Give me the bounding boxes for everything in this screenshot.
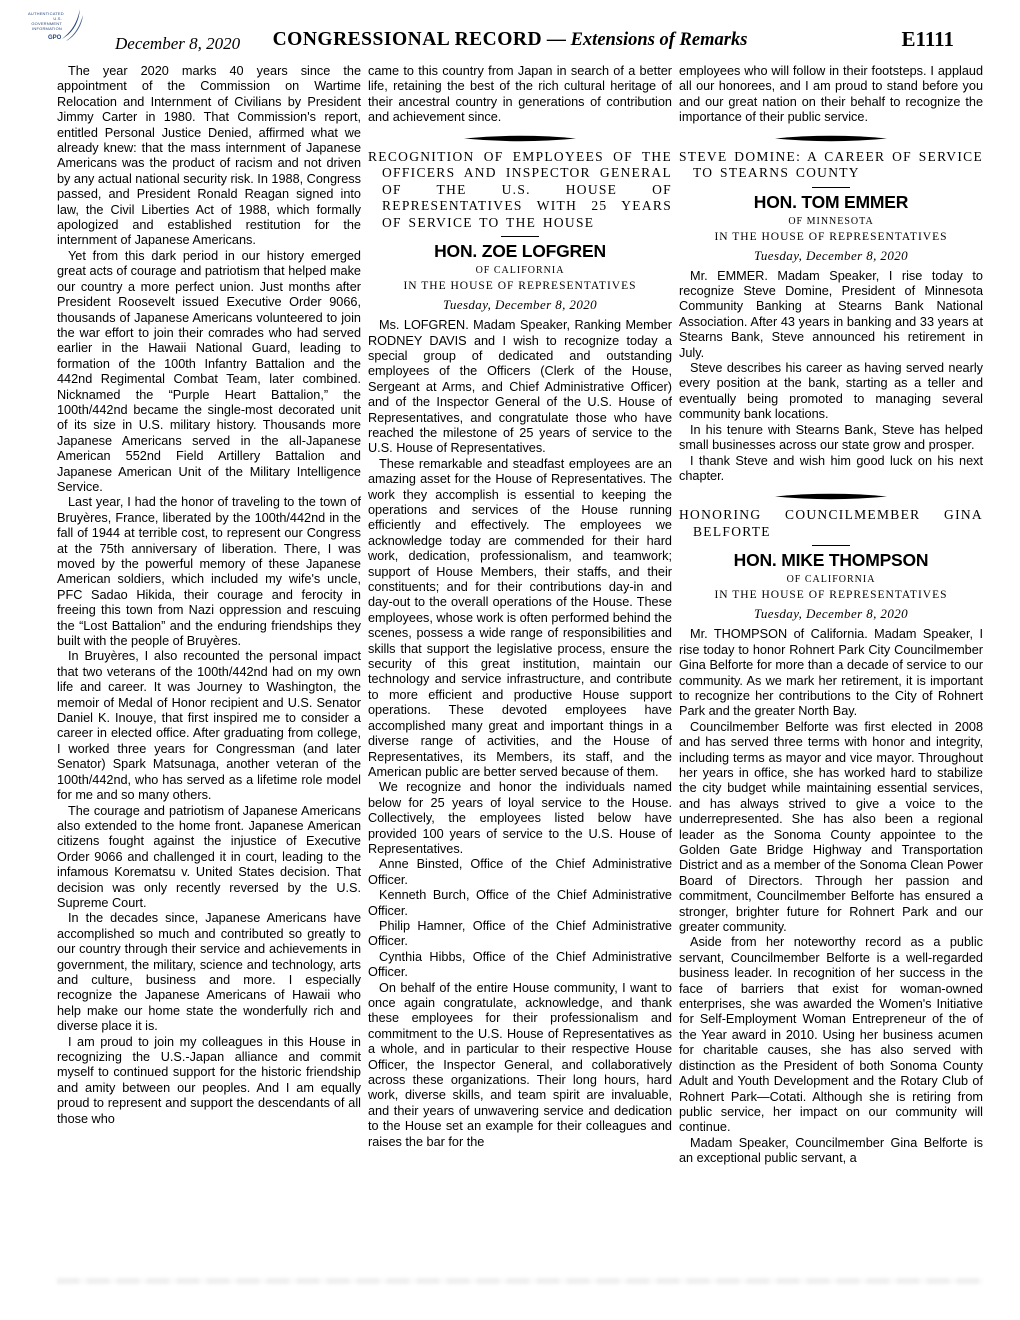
article-title: STEVE DOMINE: A CAREER OF SERVICE TO STE…	[679, 149, 983, 182]
honoree-line: Cynthia Hibbs, Office of the Chief Admin…	[368, 950, 672, 981]
paragraph: I thank Steve and wish him good luck on …	[679, 454, 983, 485]
paragraph: The courage and patriotism of Japanese A…	[57, 804, 361, 912]
paragraph: Councilmember Belforte was first elected…	[679, 720, 983, 936]
honoree-line: Philip Hamner, Office of the Chief Admin…	[368, 919, 672, 950]
member-state: OF MINNESOTA	[679, 216, 983, 228]
paragraph: I am proud to join my colleagues in this…	[57, 1035, 361, 1127]
chamber-line: IN THE HOUSE OF REPRESENTATIVES	[679, 589, 983, 602]
continuation-paragraph: came to this country from Japan in searc…	[368, 64, 672, 126]
paragraph: Aside from her noteworthy record as a pu…	[679, 935, 983, 1135]
paragraph: In the decades since, Japanese Americans…	[57, 911, 361, 1034]
paragraph: Mr. EMMER. Madam Speaker, I rise today t…	[679, 269, 983, 361]
column-left: The year 2020 marks 40 years since the a…	[57, 64, 361, 1316]
chamber-line: IN THE HOUSE OF REPRESENTATIVES	[368, 280, 672, 293]
swell-rule-divider	[679, 135, 983, 142]
honoree-line: Kenneth Burch, Office of the Chief Admin…	[368, 888, 672, 919]
page-header: December 8, 2020 CONGRESSIONAL RECORD — …	[0, 30, 1020, 64]
record-title-dash: —	[542, 29, 571, 50]
page-number: E1111	[901, 32, 954, 47]
column-right: employees who will follow in their foots…	[679, 64, 983, 1316]
scan-bleed-artifact	[57, 1278, 983, 1284]
paragraph: On behalf of the entire House community,…	[368, 981, 672, 1150]
member-state: OF CALIFORNIA	[368, 265, 672, 277]
congressional-record-page: AUTHENTICATED U.S. GOVERNMENT INFORMATIO…	[0, 0, 1020, 1320]
swell-rule-icon	[775, 135, 887, 142]
article-title: HONORING COUNCILMEMBER GINA BELFORTE	[679, 507, 983, 540]
member-name: HON. ZOE LOFGREN	[368, 242, 672, 261]
record-section-title: Extensions of Remarks	[571, 30, 748, 50]
record-title-group: CONGRESSIONAL RECORD — Extensions of Rem…	[0, 32, 1020, 49]
paragraph: Steve describes his career as having ser…	[679, 361, 983, 423]
member-state: OF CALIFORNIA	[679, 574, 983, 586]
paragraph: Mr. THOMPSON of California. Madam Speake…	[679, 627, 983, 719]
paragraph: The year 2020 marks 40 years since the a…	[57, 64, 361, 249]
paragraph: In his tenure with Stearns Bank, Steve h…	[679, 423, 983, 454]
section-rule	[812, 545, 850, 546]
paragraph: Last year, I had the honor of traveling …	[57, 495, 361, 649]
paragraph: These remarkable and steadfast employees…	[368, 457, 672, 781]
session-date: Tuesday, December 8, 2020	[679, 606, 983, 621]
record-title: CONGRESSIONAL RECORD	[273, 29, 543, 50]
gpo-logo-text: AUTHENTICATED U.S. GOVERNMENT INFORMATIO…	[28, 11, 62, 31]
gpo-logo-line2: U.S. GOVERNMENT	[28, 16, 62, 26]
three-column-body: The year 2020 marks 40 years since the a…	[57, 64, 983, 1316]
swell-rule-divider	[368, 135, 672, 142]
swell-rule-divider	[679, 493, 983, 500]
paragraph: Yet from this dark period in our history…	[57, 249, 361, 496]
section-rule	[501, 236, 539, 237]
member-name: HON. TOM EMMER	[679, 193, 983, 212]
chamber-line: IN THE HOUSE OF REPRESENTATIVES	[679, 231, 983, 244]
honoree-line: Anne Binsted, Office of the Chief Admini…	[368, 857, 672, 888]
paragraph: We recognize and honor the individuals n…	[368, 780, 672, 857]
swell-rule-icon	[775, 493, 887, 500]
session-date: Tuesday, December 8, 2020	[679, 248, 983, 263]
article-title: RECOGNITION OF EMPLOYEES OF THE OFFICERS…	[368, 149, 672, 232]
continuation-paragraph: employees who will follow in their foots…	[679, 64, 983, 126]
member-name: HON. MIKE THOMPSON	[679, 551, 983, 570]
section-rule	[812, 187, 850, 188]
paragraph: Ms. LOFGREN. Madam Speaker, Ranking Memb…	[368, 318, 672, 457]
swell-rule-icon	[464, 135, 576, 142]
column-center: came to this country from Japan in searc…	[368, 64, 672, 1316]
session-date: Tuesday, December 8, 2020	[368, 297, 672, 312]
paragraph: Madam Speaker, Councilmember Gina Belfor…	[679, 1136, 983, 1167]
paragraph: In Bruyères, I also recounted the person…	[57, 649, 361, 803]
